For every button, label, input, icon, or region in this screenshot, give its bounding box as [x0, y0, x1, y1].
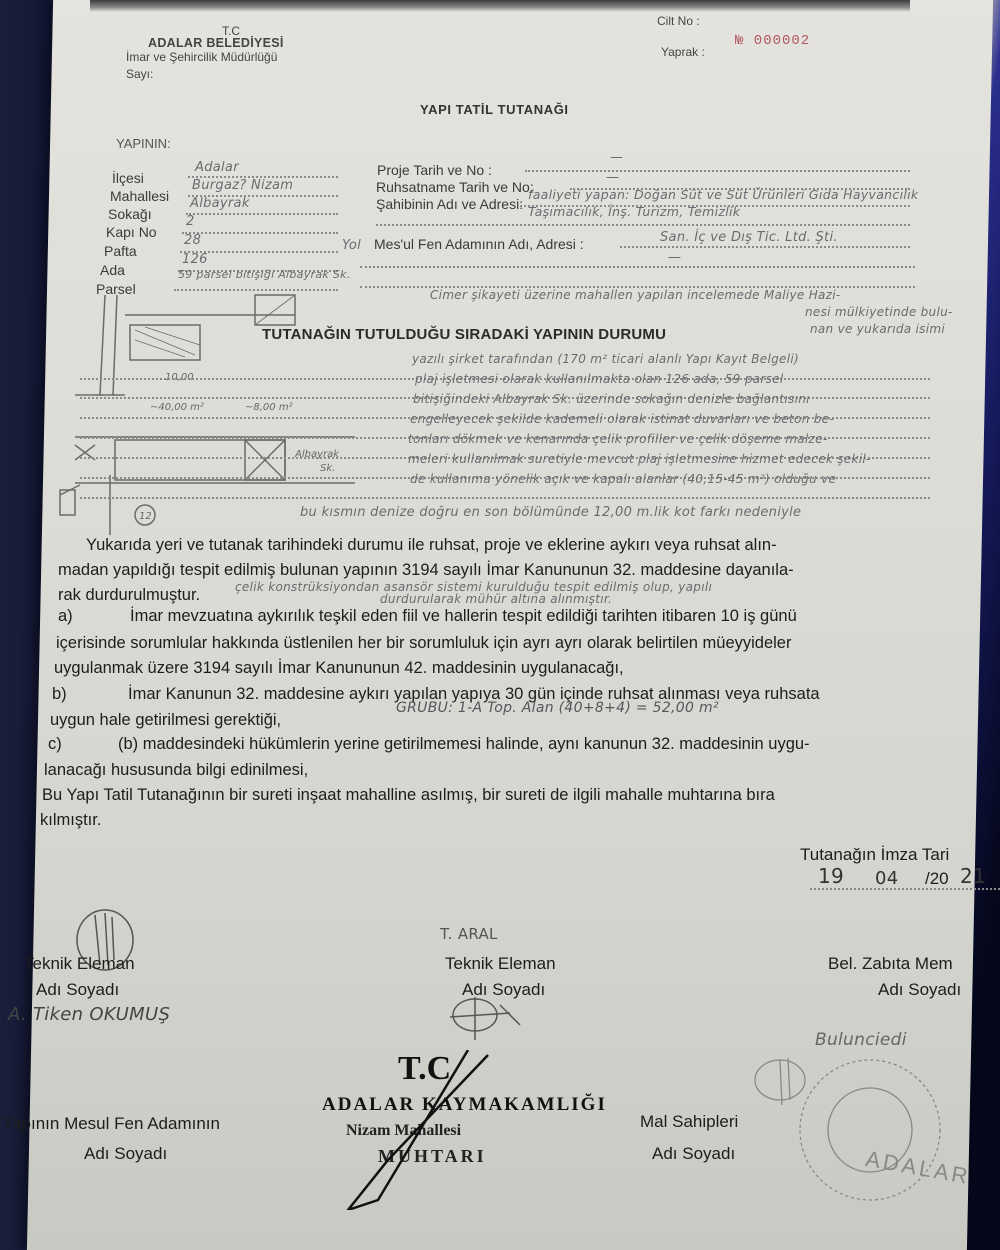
item-line: uygun hale getirilmesi gerektiği,: [50, 712, 281, 729]
signature-role: Teknik Eleman: [445, 954, 556, 974]
header-sayi-label: Sayı:: [126, 67, 153, 81]
status-section-title: TUTANAĞIN TUTULDUĞU SIRADAKİ YAPININ DUR…: [262, 326, 666, 343]
date-day: 19: [818, 864, 844, 888]
svg-text:~40,00 m²: ~40,00 m²: [150, 402, 204, 413]
parsel-note: Yol: [342, 238, 361, 253]
item-line: lanacağı hususunda bilgi edinilmesi,: [44, 762, 308, 779]
serial-number: № 000002: [735, 33, 810, 49]
signature-sub: Adı Soyadı: [84, 1144, 167, 1164]
field-value-proje: —: [610, 150, 623, 165]
field-value-ruhsatname: —: [606, 170, 619, 185]
field-label-pafta: Pafta: [104, 243, 137, 259]
signature-name: T. ARAL: [440, 925, 498, 943]
closing-line: Bu Yapı Tatil Tutanağının bir sureti inş…: [42, 787, 775, 804]
item-line: (b) maddesindeki hükümlerin yerine getir…: [118, 736, 810, 753]
field-label-sokagi: Sokağı: [108, 206, 152, 222]
extra-blank-value: —: [668, 250, 681, 265]
dotted-line: [620, 246, 910, 248]
signature-name: A. Tiken OKUMUŞ: [8, 1004, 170, 1025]
field-value-ada: 126: [182, 252, 208, 267]
date-year-prefix: /20: [925, 870, 949, 887]
signature-role: Teknik Eleman: [24, 954, 135, 974]
field-value-fen-adami: San. İç ve Dış Tic. Ltd. Şti.: [660, 230, 838, 245]
handwritten-note: durdurularak mühür altına alınmıştır.: [380, 592, 612, 606]
field-value-mahallesi: Burgaz? Nizam: [192, 178, 293, 193]
status-line: nesi mülkiyetinde bulu-: [805, 305, 953, 319]
dotted-line: [810, 888, 1000, 890]
signature-role: Bel. Zabıta Mem: [828, 954, 953, 974]
item-marker: b): [52, 686, 67, 703]
status-line: engelleyecek şekilde kademeli olarak ist…: [410, 412, 834, 426]
dotted-line: [360, 266, 915, 268]
body-line: Yukarıda yeri ve tutanak tarihindeki dur…: [86, 537, 777, 554]
signature-date-label: Tutanağın İmza Tari: [800, 846, 949, 863]
signature-sub: Adı Soyadı: [36, 980, 119, 1000]
building-section-label: YAPININ:: [116, 136, 171, 151]
field-label-sahibi: Şahibinin Adı ve Adresi:: [376, 196, 523, 212]
status-line: yazılı şirket tarafından (170 m² ticari …: [412, 352, 799, 366]
svg-text:~8,00 m²: ~8,00 m²: [245, 402, 293, 413]
field-value-pafta: 28: [184, 233, 201, 248]
body-line: rak durdurulmuştur.: [58, 587, 200, 604]
field-label-proje: Proje Tarih ve No :: [377, 162, 492, 178]
item-line: İmar mevzuatına aykırılık teşkil eden fi…: [130, 608, 797, 625]
field-label-ruhsatname: Ruhsatname Tarih ve No:: [376, 179, 534, 195]
stamp-signature-scribble-icon: [318, 1050, 588, 1210]
field-value-sahibi: faaliyeti yapan: Doğan Süt ve Süt Ürünle…: [528, 186, 928, 220]
status-line: tonları dökmek ve kenarında çelik profil…: [408, 432, 827, 446]
signature-role: Yapının Mesul Fen Adamının: [2, 1114, 220, 1134]
signature-sub: Adı Soyadı: [652, 1144, 735, 1164]
status-line: bu kısmın denize doğru en son bölümünde …: [300, 505, 801, 520]
status-line: plaj işletmesi olarak kullanılmakta olan…: [415, 372, 784, 386]
item-marker: a): [58, 608, 73, 625]
field-value-parsel: 59 parsel bitişiği Albayrak Sk.: [178, 268, 351, 281]
handwritten-area-calc: GRUBU: 1-A Top. Alan (40+8+4) = 52,00 m²: [396, 700, 719, 716]
field-label-mahallesi: Mahallesi: [110, 188, 169, 204]
svg-text:Sk.: Sk.: [320, 463, 335, 474]
dotted-line: [186, 213, 338, 215]
field-label-ilcesi: İlçesi: [112, 170, 144, 186]
dotted-line: [525, 170, 910, 172]
dotted-line: [182, 232, 338, 234]
round-stamp-icon: [740, 1040, 1000, 1220]
status-line: Cimer şikayeti üzerine mahallen yapılan …: [430, 288, 841, 302]
cilt-no-label: Cilt No :: [657, 14, 700, 28]
header-department: İmar ve Şehircilik Müdürlüğü: [126, 50, 277, 64]
item-marker: c): [48, 736, 62, 753]
item-line: uygulanmak üzere 3194 sayılı İmar Kanunu…: [54, 660, 624, 677]
field-label-fen-adami: Mes'ul Fen Adamının Adı, Adresi :: [374, 236, 584, 252]
status-line: bitişiğindeki Albayrak Sk. üzerinde soka…: [413, 392, 810, 406]
form-title: YAPI TATİL TUTANAĞI: [420, 102, 569, 117]
dotted-line: [80, 497, 930, 499]
field-value-sokagi: Albayrak: [190, 196, 250, 211]
date-month: 04: [875, 868, 899, 889]
closing-line: kılmıştır.: [40, 812, 101, 829]
field-label-ada: Ada: [100, 262, 125, 278]
field-value-kapi-no: 2: [186, 214, 195, 229]
header-municipality: ADALAR BELEDİYESİ: [148, 36, 284, 50]
field-value-ilcesi: Adalar: [195, 160, 239, 175]
status-line: nan ve yukarıda isimi: [810, 322, 945, 336]
signature-scribble-icon: [440, 995, 550, 1045]
muhtar-stamp: T.C ADALAR KAYMAKAMLIĞI Nizam Mahallesi …: [318, 1050, 588, 1210]
status-line: de kullanıma yönelik açık ve kapalı alan…: [410, 472, 836, 486]
body-line: madan yapıldığı tespit edilmiş bulunan y…: [58, 562, 794, 579]
dotted-line: [376, 224, 910, 226]
signature-role: Mal Sahipleri: [640, 1112, 738, 1132]
yaprak-label: Yaprak :: [661, 45, 705, 59]
item-line: içerisinde sorumlular hakkında üstlenile…: [56, 635, 791, 652]
status-line: meleri kullanılmak suretiyle mevcut plaj…: [408, 452, 871, 466]
dotted-line: [520, 205, 910, 207]
field-label-kapi-no: Kapı No: [106, 224, 157, 240]
svg-text:12: 12: [139, 511, 152, 522]
signature-sub: Adı Soyadı: [878, 980, 961, 1000]
date-year-suffix: 21: [960, 864, 986, 888]
paper-binding-edge: [90, 0, 910, 12]
